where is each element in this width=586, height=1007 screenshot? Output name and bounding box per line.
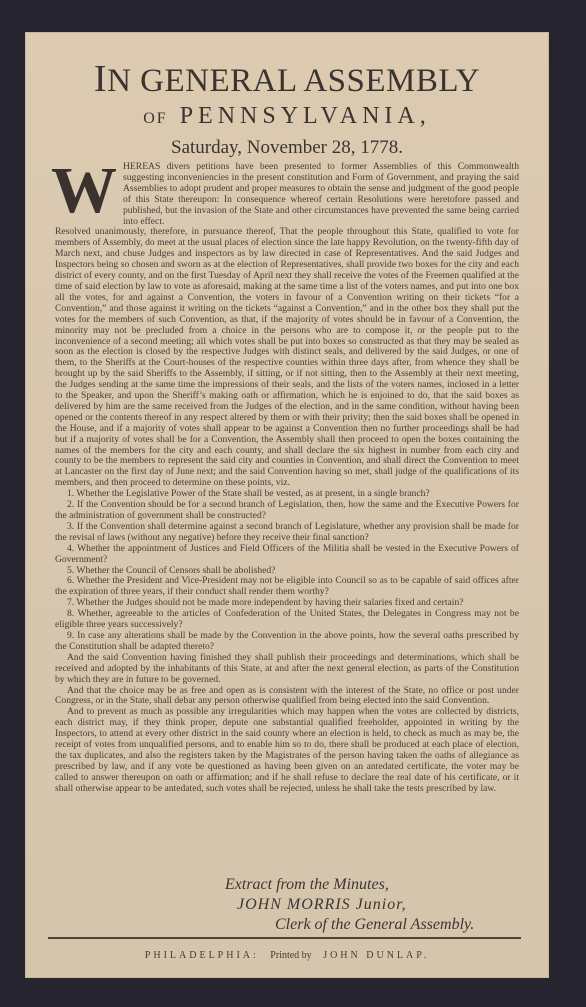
imprint-city: PHILADELPHIA: <box>145 950 259 961</box>
title-pennsylvania: OFPENNSYLVANIA, <box>25 102 549 133</box>
signature-extract: Extract from the Minutes, <box>225 875 525 895</box>
title-initial: I <box>94 58 107 100</box>
title-rest: N GENERAL ASSEMBLY <box>107 63 480 99</box>
point-9: 9. In case any alterations shall be made… <box>55 631 519 653</box>
imprint: PHILADELPHIA: Printed by JOHN DUNLAP. <box>25 950 549 961</box>
point-4: 4. Whether the appointment of Justices a… <box>55 544 519 566</box>
point-8: 8. Whether, agreeable to the articles of… <box>55 609 519 631</box>
imprint-printer: JOHN DUNLAP. <box>323 950 429 961</box>
point-6: 6. Whether the President and Vice-Presid… <box>55 576 519 598</box>
paragraph-whereas: HEREAS divers petitions have been presen… <box>55 162 519 227</box>
paragraph-convention-finished: And the said Convention having finished … <box>55 653 519 686</box>
point-2: 2. If the Convention should be for a sec… <box>55 500 519 522</box>
signature-block: Extract from the Minutes, JOHN MORRIS Ju… <box>225 875 525 935</box>
signature-title: Clerk of the General Assembly. <box>225 915 525 935</box>
title-state: PENNSYLVANIA, <box>180 103 431 129</box>
imprint-printed-by: Printed by <box>270 950 311 961</box>
point-3: 3. If the Convention shall determine aga… <box>55 522 519 544</box>
title-of: OF <box>143 110 167 127</box>
paragraph-resolved: Resolved unanimously, therefore, in purs… <box>55 227 519 489</box>
divider-rule <box>48 937 521 939</box>
signature-name: JOHN MORRIS Junior, <box>225 895 525 915</box>
document-body: W HEREAS divers petitions have been pres… <box>55 162 519 795</box>
broadside-paper: IN GENERAL ASSEMBLY OFPENNSYLVANIA, Satu… <box>25 32 549 978</box>
drop-cap: W <box>51 164 117 218</box>
title-general-assembly: IN GENERAL ASSEMBLY <box>25 60 549 100</box>
paragraph-free-choice: And that the choice may be as free and o… <box>55 686 519 708</box>
paragraph-irregularities: And to prevent as much as possible any i… <box>55 707 519 794</box>
